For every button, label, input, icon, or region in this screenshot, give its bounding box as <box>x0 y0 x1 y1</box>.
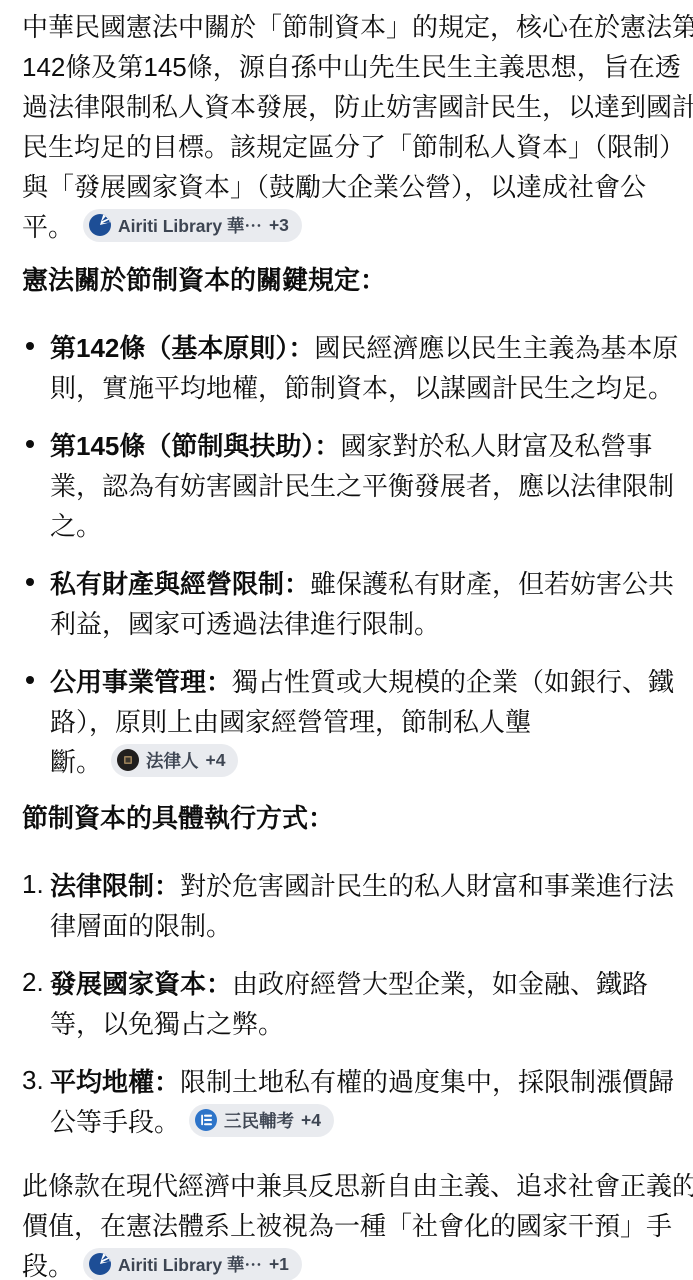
text-line: 公等手段。 三民輔考+4 <box>50 1100 693 1140</box>
citation-source-label: Airiti Library 華⋯ <box>118 1252 262 1277</box>
citation-badge[interactable]: 三民輔考+4 <box>189 1104 334 1137</box>
implementation-list: 1.法律限制：對於危害國計民生的私人財富和事業進行法律層面的限制。2.發展國家資… <box>22 864 693 1140</box>
list-item-body: 私有財產與經營限制：雖保護私有財產，但若妨害公共利益，國家可透過法律進行限制。 <box>50 562 693 642</box>
text-segment: 路），原則上由國家經營管理，節制私人壟 <box>50 702 531 739</box>
item-number: 3. <box>22 1060 44 1100</box>
section-heading-implementation: 節制資本的具體執行方式： <box>22 798 693 838</box>
text-segment: 利益，國家可透過法律進行限制。 <box>50 604 440 641</box>
list-item-body: 第142條（基本原則）：國民經濟應以民生主義為基本原則，實施平均地權，節制資本，… <box>50 326 693 406</box>
falvren-icon <box>117 749 139 771</box>
text-line: 業，認為有妨害國計民生之平衡發展者，應以法律限制 <box>50 464 693 504</box>
section-heading-key-provisions: 憲法關於節制資本的關鍵規定： <box>22 260 693 300</box>
text-segment: 價值，在憲法體系上被視為一種「社會化的國家干預」手 <box>22 1206 672 1243</box>
text-line: 此條款在現代經濟中兼具反思新自由主義、追求社會正義的 <box>22 1164 693 1204</box>
text-segment: 則，實施平均地權，節制資本，以謀國計民生之均足。 <box>50 368 674 405</box>
text-segment: 公等手段。 <box>50 1102 180 1139</box>
sanmin-icon <box>195 1109 217 1131</box>
text-line: 平均地權：限制土地私有權的過度集中，採限制漲價歸 <box>50 1060 693 1100</box>
text-segment: 由政府經營大型企業，如金融、鐵路 <box>232 964 648 1001</box>
text-line: 與「發展國家資本」（鼓勵大企業公營），以達成社會公 <box>22 165 693 205</box>
text-segment: 之。 <box>50 506 102 543</box>
text-segment: 對於危害國計民生的私人財富和事業進行法 <box>180 866 674 903</box>
list-item: 第142條（基本原則）：國民經濟應以民生主義為基本原則，實施平均地權，節制資本，… <box>22 326 693 406</box>
text-line: 中華民國憲法中關於「節制資本」的規定，核心在於憲法第 <box>22 5 693 45</box>
list-item-body: 公用事業管理：獨占性質或大規模的企業（如銀行、鐵路），原則上由國家經營管理，節制… <box>50 660 693 780</box>
text-segment: 平。 <box>22 207 74 244</box>
term-bold: 法律限制： <box>50 866 180 903</box>
airiti-library-icon <box>89 214 111 236</box>
list-item-body: 平均地權：限制土地私有權的過度集中，採限制漲價歸公等手段。 三民輔考+4 <box>50 1060 693 1140</box>
list-item: 3.平均地權：限制土地私有權的過度集中，採限制漲價歸公等手段。 三民輔考+4 <box>22 1060 693 1140</box>
text-line: 民生均足的目標。該規定區分了「節制私人資本」（限制） <box>22 125 693 165</box>
text-line: 第142條（基本原則）：國民經濟應以民生主義為基本原 <box>50 326 693 366</box>
bullet-marker <box>26 578 34 586</box>
text-line: 私有財產與經營限制：雖保護私有財產，但若妨害公共 <box>50 562 693 602</box>
list-item: 私有財產與經營限制：雖保護私有財產，但若妨害公共利益，國家可透過法律進行限制。 <box>22 562 693 642</box>
text-segment: 段。 <box>22 1246 74 1280</box>
list-item: 公用事業管理：獨占性質或大規模的企業（如銀行、鐵路），原則上由國家經營管理，節制… <box>22 660 693 780</box>
text-segment: 雖保護私有財產，但若妨害公共 <box>310 564 674 601</box>
text-line: 則，實施平均地權，節制資本，以謀國計民生之均足。 <box>50 366 693 406</box>
citation-count: +4 <box>206 750 226 771</box>
citation-count: +3 <box>269 215 289 236</box>
bullet-marker <box>26 342 34 350</box>
citation-source-label: Airiti Library 華⋯ <box>118 213 262 238</box>
text-segment: 律層面的限制。 <box>50 906 232 943</box>
term-bold: 私有財產與經營限制： <box>50 564 310 601</box>
citation-badge[interactable]: Airiti Library 華⋯+3 <box>83 209 302 242</box>
citation-source-label: 法律人 <box>146 748 199 773</box>
text-line: 律層面的限制。 <box>50 904 693 944</box>
text-segment: 國家對於私人財富及私營事 <box>340 426 652 463</box>
text-line: 之。 <box>50 504 693 544</box>
list-item-body: 法律限制：對於危害國計民生的私人財富和事業進行法律層面的限制。 <box>50 864 693 944</box>
airiti-library-icon <box>89 1253 111 1275</box>
text-segment: 國民經濟應以民生主義為基本原 <box>314 328 678 365</box>
citation-badge[interactable]: Airiti Library 華⋯+1 <box>83 1248 302 1280</box>
term-bold: 第142條（基本原則）： <box>50 328 314 365</box>
citation-source-label: 三民輔考 <box>224 1108 294 1133</box>
term-bold: 發展國家資本： <box>50 964 232 1001</box>
text-segment: 中華民國憲法中關於「節制資本」的規定，核心在於憲法第 <box>22 7 693 44</box>
text-line: 法律限制：對於危害國計民生的私人財富和事業進行法 <box>50 864 693 904</box>
text-segment: 此條款在現代經濟中兼具反思新自由主義、追求社會正義的 <box>22 1166 693 1203</box>
term-bold: 平均地權： <box>50 1062 180 1099</box>
text-line: 斷。 法律人+4 <box>50 740 693 780</box>
citation-count: +1 <box>269 1254 289 1275</box>
bullet-marker <box>26 440 34 448</box>
term-bold: 第145條（節制與扶助）： <box>50 426 340 463</box>
term-bold: 公用事業管理： <box>50 662 232 699</box>
item-number: 2. <box>22 962 44 1002</box>
text-line: 路），原則上由國家經營管理，節制私人壟 <box>50 700 693 740</box>
text-segment: 斷。 <box>50 742 102 779</box>
intro-paragraph: 中華民國憲法中關於「節制資本」的規定，核心在於憲法第142條及第145條，源自孫… <box>22 5 693 245</box>
text-line: 第145條（節制與扶助）：國家對於私人財富及私營事 <box>50 424 693 464</box>
text-segment: 民生均足的目標。該規定區分了「節制私人資本」（限制） <box>22 127 685 164</box>
closing-paragraph: 此條款在現代經濟中兼具反思新自由主義、追求社會正義的價值，在憲法體系上被視為一種… <box>22 1164 693 1280</box>
citation-badge[interactable]: 法律人+4 <box>111 744 238 777</box>
list-item: 1.法律限制：對於危害國計民生的私人財富和事業進行法律層面的限制。 <box>22 864 693 944</box>
text-line: 142條及第145條，源自孫中山先生民生主義思想，旨在透 <box>22 45 693 85</box>
text-segment: 業，認為有妨害國計民生之平衡發展者，應以法律限制 <box>50 466 674 503</box>
text-segment: 過法律限制私人資本發展，防止妨害國計民生，以達到國計 <box>22 87 693 124</box>
item-number: 1. <box>22 864 44 904</box>
bullet-marker <box>26 676 34 684</box>
list-item-body: 第145條（節制與扶助）：國家對於私人財富及私營事業，認為有妨害國計民生之平衡發… <box>50 424 693 544</box>
text-segment: 限制土地私有權的過度集中，採限制漲價歸 <box>180 1062 674 1099</box>
text-line: 平。 Airiti Library 華⋯+3 <box>22 205 693 245</box>
text-line: 價值，在憲法體系上被視為一種「社會化的國家干預」手 <box>22 1204 693 1244</box>
text-line: 過法律限制私人資本發展，防止妨害國計民生，以達到國計 <box>22 85 693 125</box>
list-item: 2.發展國家資本：由政府經營大型企業，如金融、鐵路等，以免獨占之弊。 <box>22 962 693 1042</box>
text-segment: 等，以免獨占之弊。 <box>50 1004 284 1041</box>
text-line: 等，以免獨占之弊。 <box>50 1002 693 1042</box>
key-provisions-list: 第142條（基本原則）：國民經濟應以民生主義為基本原則，實施平均地權，節制資本，… <box>22 326 693 780</box>
text-line: 段。 Airiti Library 華⋯+1 <box>22 1244 693 1280</box>
citation-count: +4 <box>301 1110 321 1131</box>
text-line: 發展國家資本：由政府經營大型企業，如金融、鐵路 <box>50 962 693 1002</box>
text-segment: 與「發展國家資本」（鼓勵大企業公營），以達成社會公 <box>22 167 646 204</box>
text-line: 利益，國家可透過法律進行限制。 <box>50 602 693 642</box>
list-item: 第145條（節制與扶助）：國家對於私人財富及私營事業，認為有妨害國計民生之平衡發… <box>22 424 693 544</box>
text-segment: 142條及第145條，源自孫中山先生民生主義思想，旨在透 <box>22 47 681 84</box>
list-item-body: 發展國家資本：由政府經營大型企業，如金融、鐵路等，以免獨占之弊。 <box>50 962 693 1042</box>
text-segment: 獨占性質或大規模的企業（如銀行、鐵 <box>232 662 674 699</box>
text-line: 公用事業管理：獨占性質或大規模的企業（如銀行、鐵 <box>50 660 693 700</box>
answer-page: 中華民國憲法中關於「節制資本」的規定，核心在於憲法第142條及第145條，源自孫… <box>0 0 693 1280</box>
